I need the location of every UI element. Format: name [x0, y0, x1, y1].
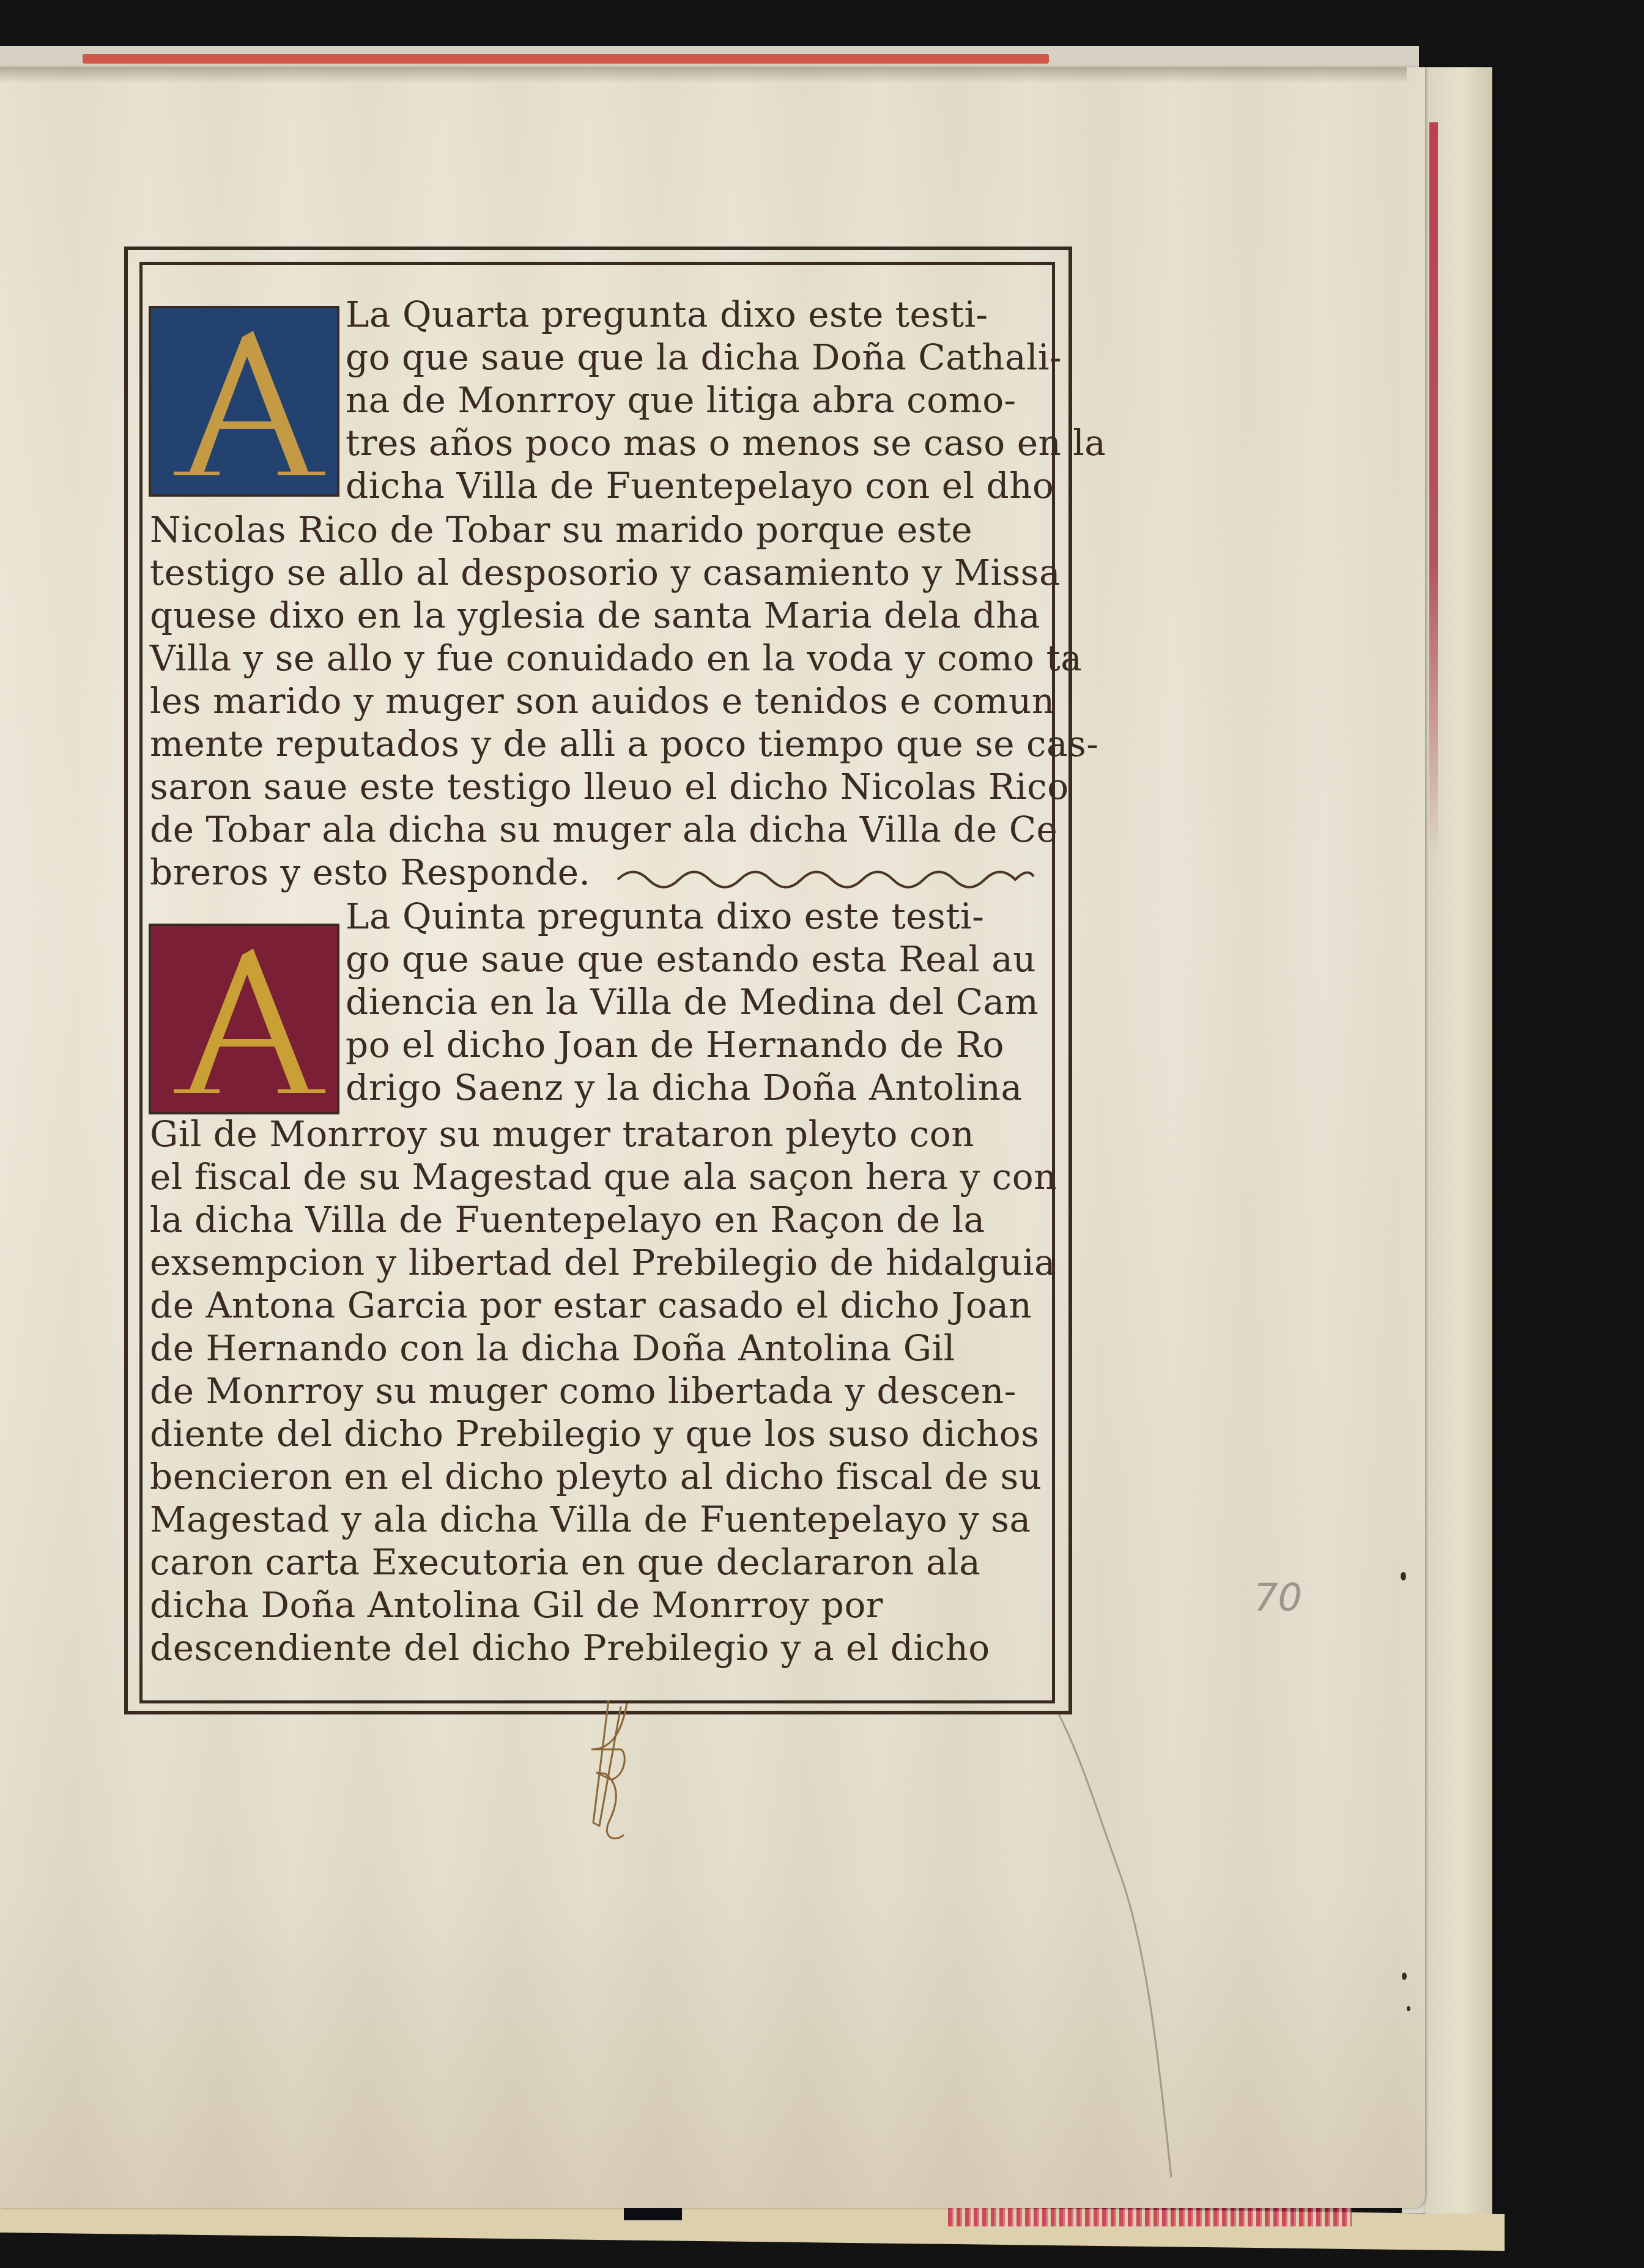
illuminated-initial-blue [149, 306, 339, 497]
text-line: Magestad y ala dicha Villa de Fuentepela… [150, 1497, 1031, 1541]
ink-spot [1407, 2006, 1410, 2011]
text-line: la dicha Villa de Fuentepelayo en Raçon … [150, 1198, 985, 1242]
ink-spot [1401, 1572, 1406, 1581]
red-page-edge [1429, 122, 1438, 856]
text-line: quese dixo en la yglesia de santa Maria … [150, 593, 1040, 637]
text-line: tres años poco mas o menos se caso en la [346, 421, 1106, 465]
text-line: go que saue que la dicha Doña Cathali- [346, 335, 1062, 379]
text-line: Gil de Monrroy su muger trataron pleyto … [150, 1112, 974, 1156]
text-line: saron saue este testigo lleuo el dicho N… [150, 765, 1069, 809]
text-line: de Monrroy su muger como libertada y des… [150, 1369, 1016, 1413]
text-line: dicha Doña Antolina Gil de Monrroy por [150, 1583, 883, 1627]
text-line: el fiscal de su Magestad que ala saçon h… [150, 1155, 1057, 1199]
text-line: bencieron en el dicho pleyto al dicho fi… [150, 1455, 1042, 1499]
illuminated-initial-red [149, 924, 339, 1114]
text-line: dicha Villa de Fuentepelayo con el dho [346, 464, 1054, 508]
text-line: diencia en la Villa de Medina del Cam [346, 980, 1039, 1024]
text-line: descendiente del dicho Prebilegio y a el… [150, 1626, 990, 1670]
fold-crease [1034, 1713, 1217, 2177]
folio-number: 70 [1254, 1575, 1302, 1620]
ink-spot [1402, 1973, 1407, 1980]
text-line: drigo Saenz y la dicha Doña Antolina [346, 1065, 1022, 1110]
letter-a-icon [161, 319, 327, 484]
text-line: testigo se allo al desposorio y casamien… [150, 550, 1061, 595]
text-line: na de Monrroy que litiga abra como- [346, 378, 1016, 422]
text-line: Nicolas Rico de Tobar su marido porque e… [150, 508, 972, 552]
text-line: po el dicho Joan de Hernando de Ro [346, 1023, 1004, 1067]
text-line: caron carta Executoria en que declararon… [150, 1540, 980, 1584]
line-filler-ornament [615, 861, 1043, 898]
text-line: go que saue que estando esta Real au [346, 937, 1036, 981]
letter-a-icon [161, 936, 327, 1102]
top-red-edge-mark [83, 54, 1049, 64]
text-line: de Hernando con la dicha Doña Antolina G… [150, 1326, 955, 1370]
text-line: de Tobar ala dicha su muger ala dicha Vi… [150, 807, 1057, 851]
text-line: mente reputados y de alli a poco tiempo … [150, 722, 1098, 766]
page-top-stain [0, 67, 1407, 83]
text-line: exsempcion y libertad del Prebilegio de … [150, 1240, 1056, 1284]
rubric-signature-icon [584, 1700, 657, 1847]
text-line: La Quarta pregunta dixo este testi- [346, 292, 988, 336]
text-line: diente del dicho Prebilegio y que los su… [150, 1412, 1039, 1456]
text-line: Villa y se allo y fue conuidado en la vo… [150, 636, 1082, 680]
text-line: breros y esto Responde. [150, 850, 591, 894]
text-line: La Quinta pregunta dixo este testi- [346, 894, 984, 938]
text-line: les marido y muger son auidos e tenidos … [150, 679, 1055, 723]
text-line: de Antona Garcia por estar casado el dic… [150, 1283, 1032, 1327]
